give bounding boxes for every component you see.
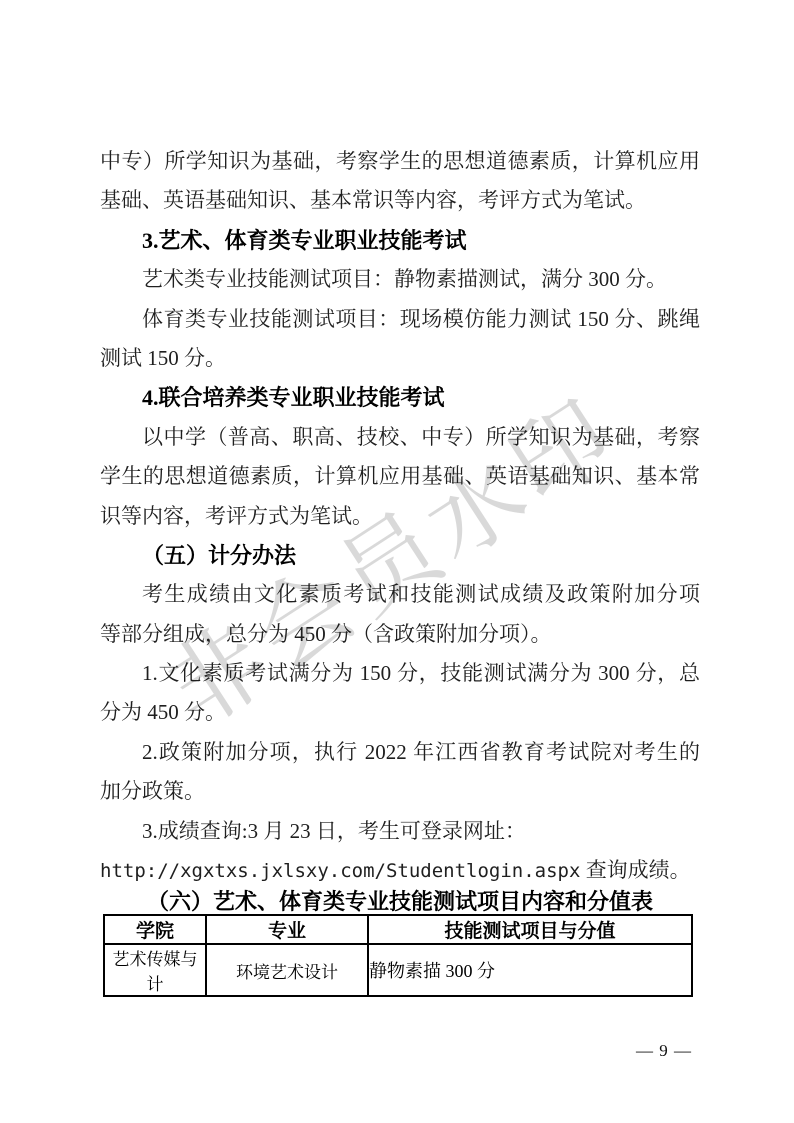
text-line: 中专）所学知识为基础，考察学生的思想道德素质，计算机应用 [100, 142, 700, 181]
text-line: 等部分组成，总分为 450 分（含政策附加分项）。 [100, 615, 700, 654]
text-line: 考生成绩由文化素质考试和技能测试成绩及政策附加分项 [100, 575, 700, 614]
col-header-major: 专业 [206, 915, 368, 944]
text-line: 3.成绩查询:3 月 23 日，考生可登录网址： [100, 812, 700, 851]
section-heading: 4.联合培养类专业职业技能考试 [100, 378, 700, 417]
text-line: 识等内容，考评方式为笔试。 [100, 497, 700, 536]
text-line: 学生的思想道德素质，计算机应用基础、英语基础知识、基本常 [100, 457, 700, 496]
cell-major: 环境艺术设计 [206, 944, 368, 996]
url-text: http://xgxtxs.jxlsxy.com/Studentlogin.as… [100, 860, 580, 882]
page-content: 中专）所学知识为基础，考察学生的思想道德素质，计算机应用 基础、英语基础知识、基… [100, 142, 700, 997]
page-number: — 9 — [636, 1041, 692, 1061]
text-line: 测试 150 分。 [100, 339, 700, 378]
text-line: http://xgxtxs.jxlsxy.com/Studentlogin.as… [100, 851, 700, 890]
text-line: 艺术类专业技能测试项目：静物素描测试，满分 300 分。 [100, 260, 700, 299]
table-row: 艺术传媒与计 环境艺术设计 静物素描 300 分 [104, 944, 692, 996]
table-title: （六）艺术、体育类专业技能测试项目内容和分值表 [100, 890, 700, 914]
text-line: 体育类专业技能测试项目：现场模仿能力测试 150 分、跳绳 [100, 300, 700, 339]
section-heading: 3.艺术、体育类专业职业技能考试 [100, 221, 700, 260]
text-line: 分为 450 分。 [100, 693, 700, 732]
text-line: 2.政策附加分项，执行 2022 年江西省教育考试院对考生的 [100, 733, 700, 772]
url-suffix-text: 查询成绩。 [580, 858, 690, 882]
text-line: 以中学（普高、职高、技校、中专）所学知识为基础，考察 [100, 418, 700, 457]
cell-items: 静物素描 300 分 [368, 944, 692, 996]
text-line: 1.文化素质考试满分为 150 分，技能测试满分为 300 分，总 [100, 654, 700, 693]
cell-college: 艺术传媒与计 [104, 944, 206, 996]
section-heading: （五）计分办法 [100, 536, 700, 575]
col-header-college: 学院 [104, 915, 206, 944]
document-page: 非会员水印 中专）所学知识为基础，考察学生的思想道德素质，计算机应用 基础、英语… [0, 0, 794, 1123]
table-header-row: 学院 专业 技能测试项目与分值 [104, 915, 692, 944]
skill-test-table: 学院 专业 技能测试项目与分值 艺术传媒与计 环境艺术设计 静物素描 300 分 [103, 914, 693, 997]
text-line: 加分政策。 [100, 772, 700, 811]
col-header-items: 技能测试项目与分值 [368, 915, 692, 944]
text-line: 基础、英语基础知识、基本常识等内容，考评方式为笔试。 [100, 181, 700, 220]
